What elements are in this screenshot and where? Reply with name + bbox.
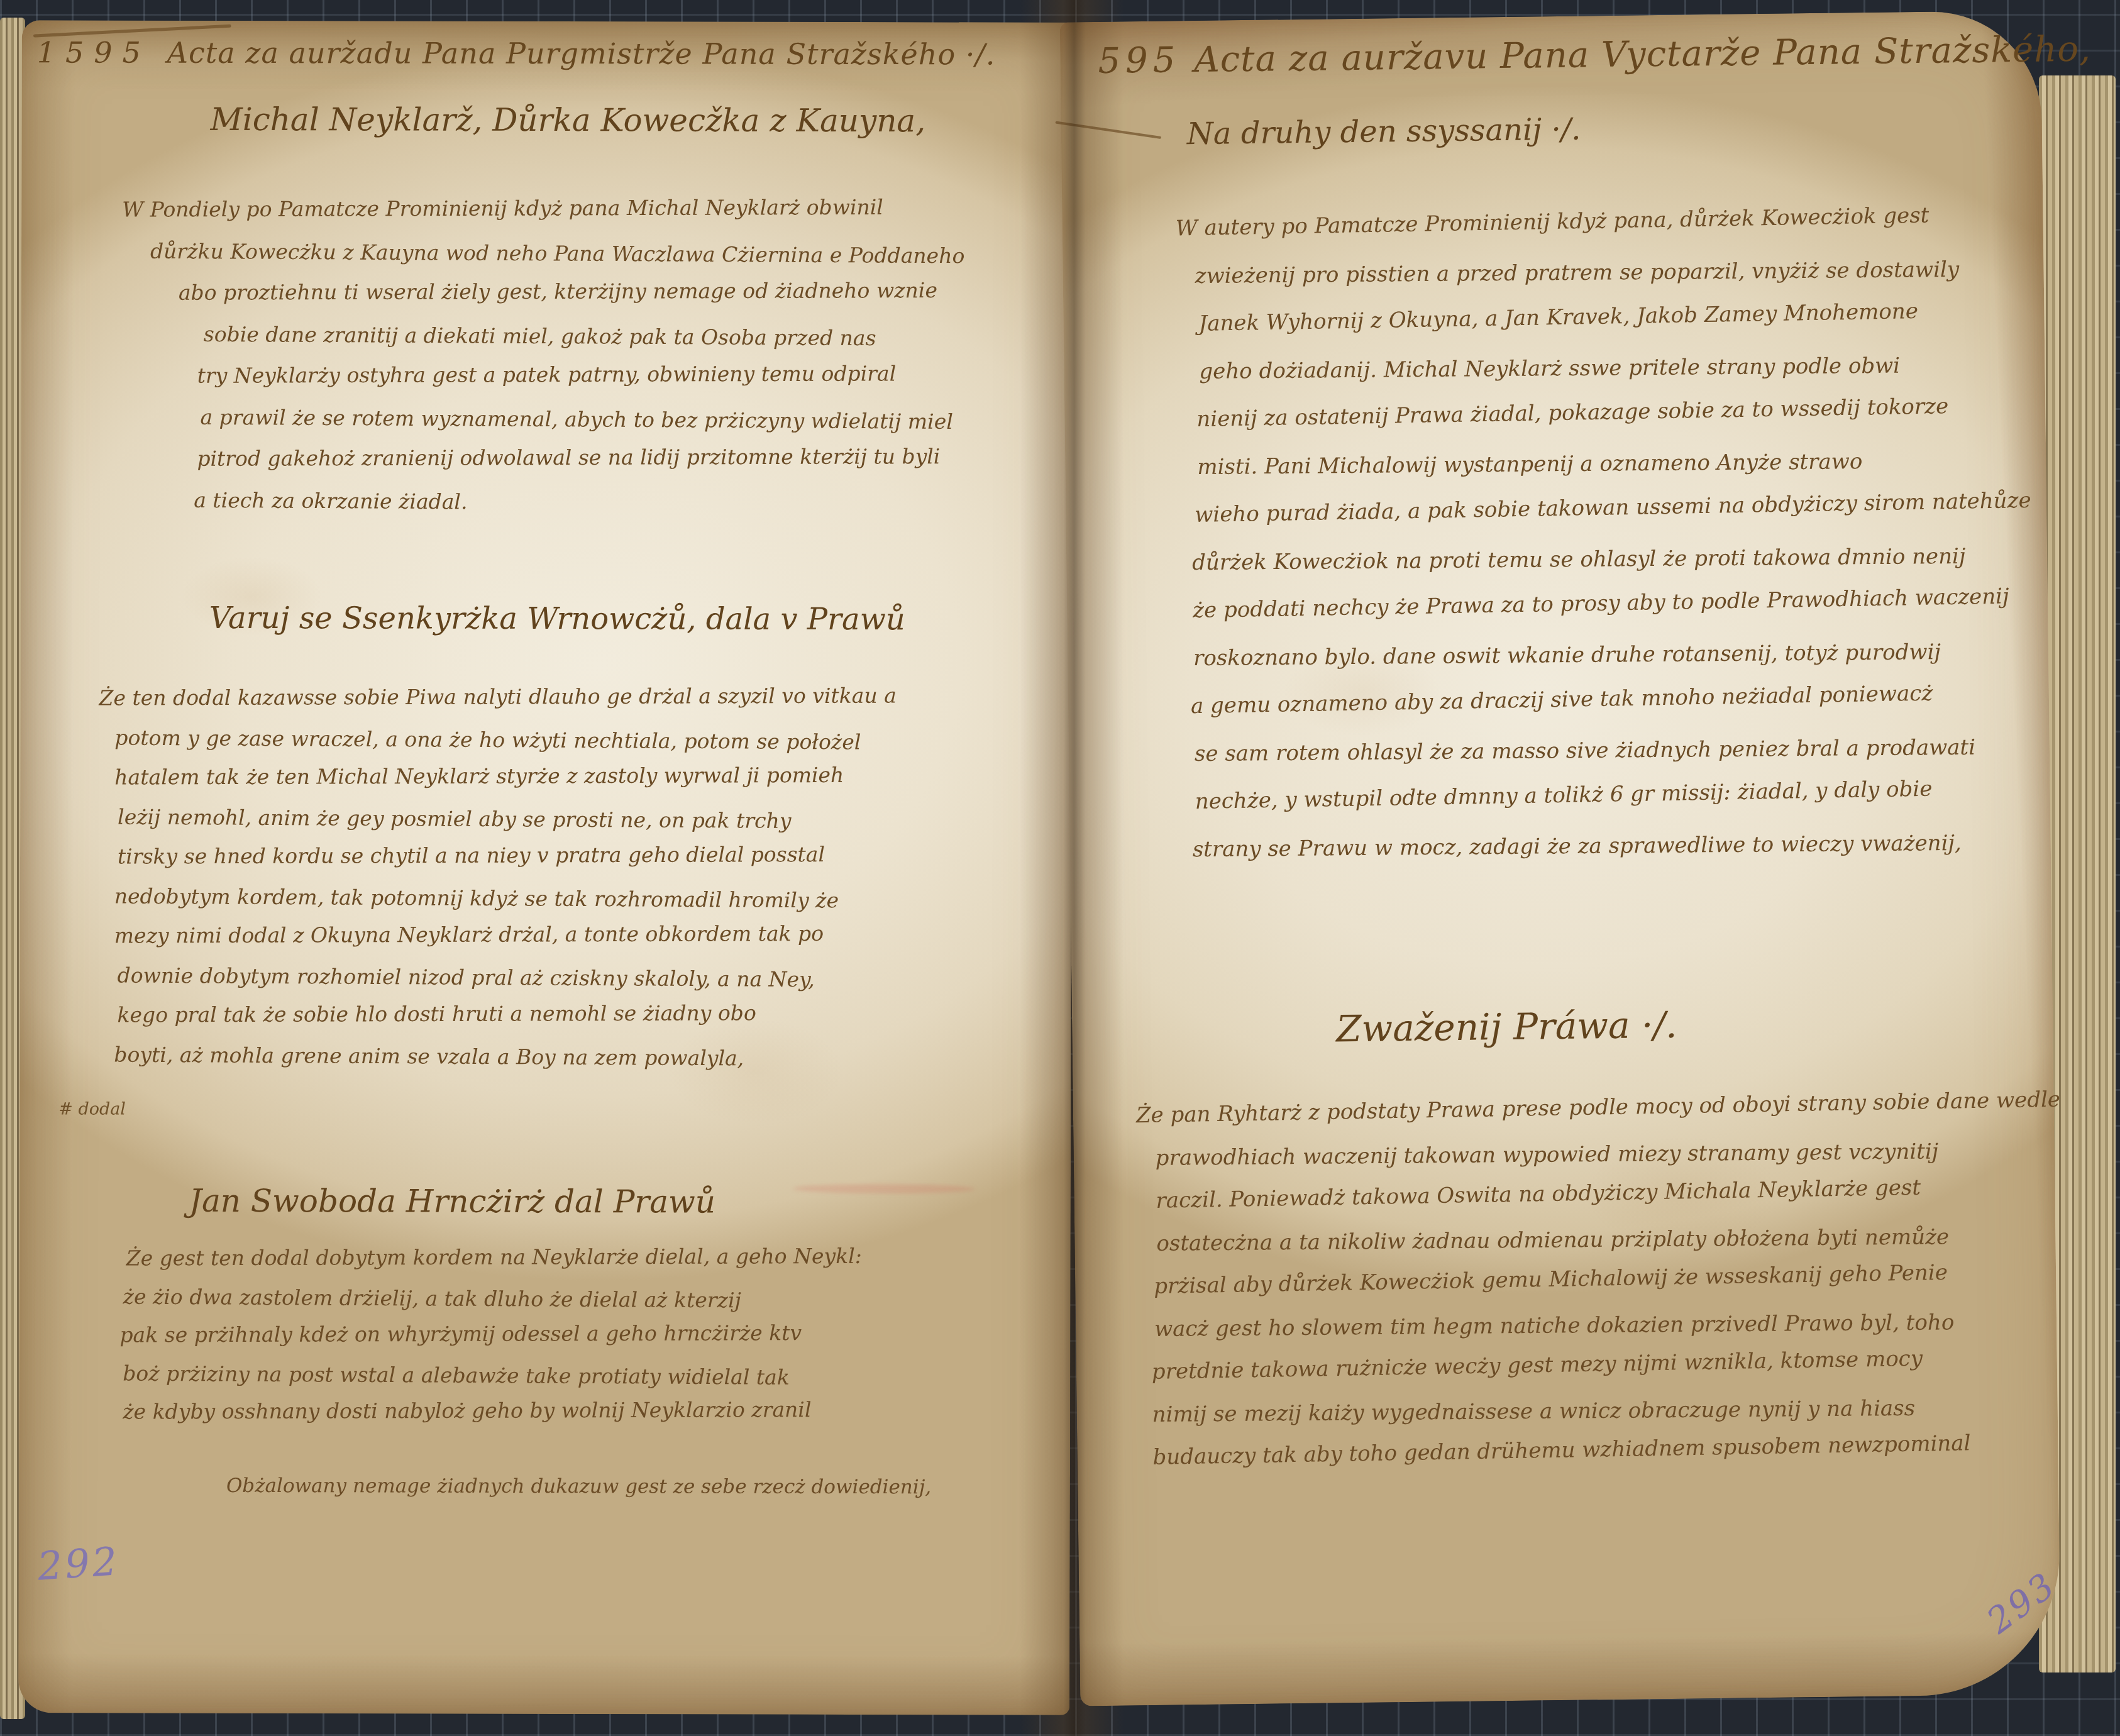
left-paragraph-3: Że gest ten dodal dobytym kordem na Neyk… xyxy=(88,1239,862,1432)
left-section-heading-2: Varuj se Ssenkyrżka Wrnowcżů, dala v Pra… xyxy=(209,600,905,637)
left-page-header-text: Acta za auržadu Pana Purgmistrže Pana St… xyxy=(167,36,996,72)
manuscript-text-line: W Pondiely po Pamatcze Prominienij kdyż … xyxy=(122,186,964,230)
right-page-header: 595Acta za auržavu Pana Vyctarže Pana St… xyxy=(1098,29,2091,82)
left-page: 1595Acta za auržadu Pana Purgmistrže Pan… xyxy=(18,20,1073,1715)
left-margin-note: # dodal xyxy=(58,1099,126,1119)
manuscript-text-line: Że gest ten dodal dobytym kordem na Neyk… xyxy=(126,1237,862,1278)
left-page-number: 292 xyxy=(36,1538,121,1589)
manuscript-text-line: strany se Prawu w mocz, zadagi że za spr… xyxy=(1192,819,2035,873)
left-paragraph-2: Że ten dodal kazawsse sobie Piwa nalyti … xyxy=(79,678,897,1076)
manuscript-text-line: abo proztiehnu ti wseral żiely gest, kte… xyxy=(179,270,964,314)
right-subheading: Na druhy den ssyssanij ·/. xyxy=(1187,112,1581,152)
left-case-heading: Michal Neyklarž, Důrka Kowecžka z Kauyna… xyxy=(210,101,925,139)
manuscript-text-line: mezy nimi dodal z Okuyna Neyklarż drżal,… xyxy=(114,914,897,956)
manuscript-text-line: kego pral tak że sobie hlo dosti hruti a… xyxy=(117,993,896,1035)
manuscript-text-line: pak se prżihnaly kdeż on whyrżymij odess… xyxy=(119,1313,861,1354)
left-section-heading-3: Jan Swoboda Hrncżirż dal Prawů xyxy=(189,1183,715,1220)
right-paragraph-1: W autery po Pamatcze Prominienij kdyż pa… xyxy=(1137,194,2035,874)
left-paragraph-1: W Pondiely po Pamatcze Prominienij kdyż … xyxy=(96,189,964,523)
manuscript-text-line: try Neyklarży ostyhra gest a patek patrn… xyxy=(197,353,964,397)
left-closing-line: Obżalowany nemage żiadnych dukazuw gest … xyxy=(226,1474,931,1498)
right-section-heading: Zwaženij Práwa ·/. xyxy=(1336,1003,1677,1051)
manuscript-scan: 1595Acta za auržadu Pana Purgmistrže Pan… xyxy=(0,0,2120,1736)
manuscript-text-line: W autery po Pamatcze Prominienij kdyż pa… xyxy=(1175,190,2028,253)
left-page-year: 1595 xyxy=(37,35,151,69)
left-page-header: 1595Acta za auržadu Pana Purgmistrže Pan… xyxy=(37,35,996,71)
red-ink-smudge xyxy=(793,1184,975,1194)
right-paragraph-2: Że pan Ryhtarż z podstaty Prawa prese po… xyxy=(1117,1083,2065,1479)
manuscript-text-line: pitrod gakehoż zranienij odwolawal se na… xyxy=(197,436,964,480)
manuscript-text-line: a tiech za okrzanie żiadal. xyxy=(194,480,964,526)
manuscript-text-line: tirsky se hned kordu se chytil a na niey… xyxy=(118,834,897,876)
manuscript-text-line: hatalem tak że ten Michal Neyklarż styrż… xyxy=(114,755,897,797)
manuscript-text-line: Że ten dodal kazawsse sobie Piwa nalyti … xyxy=(99,676,897,718)
manuscript-text-line: boyti, aż mohla grene anim se vzala a Bo… xyxy=(114,1035,896,1079)
manuscript-text-line: Że pan Ryhtarż z podstaty Prawa prese po… xyxy=(1135,1078,2060,1137)
manuscript-text-line: że kdyby osshnany dosti nabyloż geho by … xyxy=(123,1390,861,1431)
book-gutter-shadow xyxy=(1020,0,1124,1736)
right-page: 595Acta za auržavu Pana Vyctarže Pana St… xyxy=(1060,11,2062,1706)
right-page-header-text: Acta za auržavu Pana Vyctarže Pana Straž… xyxy=(1194,29,2091,80)
